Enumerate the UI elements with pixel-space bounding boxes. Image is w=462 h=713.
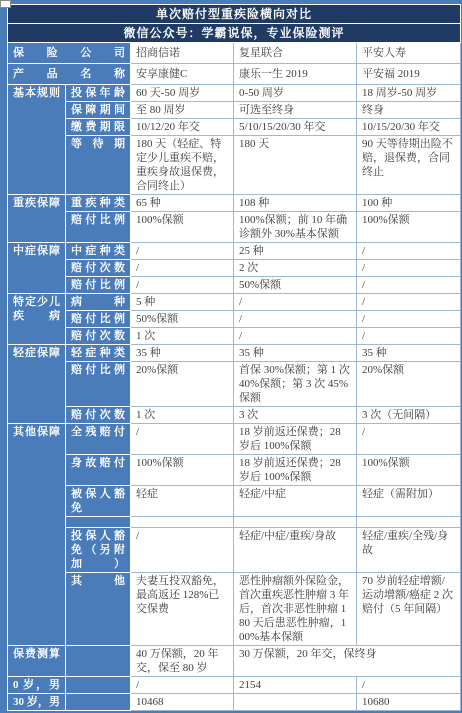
cell: / [357, 311, 461, 328]
row-label: 中症种类 [66, 243, 131, 260]
section-label-child-disease: 特定少儿疾病 [8, 294, 66, 345]
row-label: 身故赔付 [66, 455, 131, 486]
cell: 恶性肿瘤额外保险金，首次重疾恶性肿瘤 3 年后，首次非恶性肿瘤 180 天后患恶… [234, 573, 357, 646]
cell-premium: 10468 [131, 694, 234, 711]
section-label-mild-illness: 轻症保障 [8, 345, 66, 424]
row-label-age-0-male: 0 岁，男 [8, 677, 66, 694]
cell: 70 岁前轻症增额/运动增额/癌症 2 次赔付（5 年间隔） [357, 573, 461, 646]
row-label: 其他 [66, 573, 131, 646]
table-row: 保障期间 至 80 周岁 可选至终身 终身 [8, 102, 461, 119]
cell-company-zhaoshang: 招商信诺 [131, 43, 234, 64]
cell: / [357, 424, 461, 455]
row-label-age-30-male: 30 岁，男 [8, 694, 66, 711]
table-row: 赔付次数 / 2 次 / [8, 260, 461, 277]
table-row: 被保人豁免 轻症 轻症/中症 轻症（需附加） [8, 486, 461, 517]
row-label: 缴费期限 [66, 119, 131, 136]
row-label: 病种 [66, 294, 131, 311]
cell: / [234, 328, 357, 345]
cell-company-pingan: 平安人寿 [357, 43, 461, 64]
row-label: 轻症种类 [66, 345, 131, 362]
table-row: 赔付比例 100%保额 100%保额；前 10 年确诊额外 30%基本保额 10… [8, 212, 461, 243]
cell-premium: 2154 [234, 677, 357, 694]
row-label: 赔付次数 [66, 328, 131, 345]
cell: 50%保额 [234, 277, 357, 294]
cell-premium: / [131, 677, 234, 694]
page-title: 单次赔付型重疾险横向对比 [8, 5, 461, 24]
cell: 100 种 [357, 195, 461, 212]
corner-artifact [0, 0, 11, 8]
cell: 108 种 [234, 195, 357, 212]
table-row: 保费测算 40 万保额，20 年交，保至 80 岁 30 万保额，20 年交，保… [8, 646, 461, 677]
table-row: 保险公司 招商信诺 复星联合 平安人寿 [8, 43, 461, 64]
cell-premium: 10680 [357, 694, 461, 711]
row-label: 重疾种类 [66, 195, 131, 212]
cell: 10/15/20/30 年交 [357, 119, 461, 136]
cell-product-3: 平安福 2019 [357, 64, 461, 85]
section-label-moderate-illness: 中症保障 [8, 243, 66, 294]
cell-product-1: 安享康健C [131, 64, 234, 85]
cell: 35 种 [131, 345, 234, 362]
cell: 18 岁前返还保费；28 岁后 100%保额 [234, 455, 357, 486]
row-label: 投保人豁免（另附加） [66, 528, 131, 573]
cell: / [357, 277, 461, 294]
cell-premium [234, 694, 357, 711]
table-row: 其他 夫妻互投双豁免，最高返还 128%已交保费 恶性肿瘤额外保险金，首次重疾恶… [8, 573, 461, 646]
cell: / [357, 243, 461, 260]
cell: 90 天等待期出险不赔，退保费，合同终止 [357, 136, 461, 195]
cell: 100%保额 [131, 455, 234, 486]
cell: 5 种 [131, 294, 234, 311]
cell: 100%保额 [357, 212, 461, 243]
table-row: 赔付比例 20%保额 首保 30%保额；第 1 次 40%保额；第 3 次 45… [8, 362, 461, 407]
cell: / [131, 424, 234, 455]
row-label: 赔付比例 [66, 311, 131, 328]
cell: 轻症（需附加） [357, 486, 461, 517]
cell: 10/12/20 年交 [131, 119, 234, 136]
empty-label-cell [66, 517, 131, 528]
cell: 3 次（无间隔） [357, 407, 461, 424]
cell: 100%保额；前 10 年确诊额外 30%基本保额 [234, 212, 357, 243]
row-label: 被保人豁免 [66, 486, 131, 517]
cell: 夫妻互投双豁免，最高返还 128%已交保费 [131, 573, 234, 646]
table-row: 中症保障 中症种类 / 25 种 / [8, 243, 461, 260]
cell-company-fuxing: 复星联合 [234, 43, 357, 64]
cell: 35 种 [234, 345, 357, 362]
table-row: 轻症保障 轻症种类 35 种 35 种 35 种 [8, 345, 461, 362]
cell: 0-50 周岁 [234, 85, 357, 102]
cell: 20%保额 [357, 362, 461, 407]
cell: 轻症/中症/重疾/身故 [234, 528, 357, 573]
cell: / [131, 277, 234, 294]
table-row: 赔付次数 1 次 3 次 3 次（无间隔） [8, 407, 461, 424]
cell: / [234, 294, 357, 311]
row-label: 赔付比例 [66, 277, 131, 294]
table-row: 0 岁，男 / 2154 / [8, 677, 461, 694]
cell: 轻症/重疾/全残/身故 [357, 528, 461, 573]
cell: / [131, 260, 234, 277]
cell: 首保 30%保额；第 1 次 40%保额；第 3 次 45%保额 [234, 362, 357, 407]
table-row: 缴费期限 10/12/20 年交 5/10/15/20/30 年交 10/15/… [8, 119, 461, 136]
empty-cell [234, 517, 357, 528]
cell-premium: / [357, 677, 461, 694]
row-label: 赔付次数 [66, 407, 131, 424]
cell: 100%保额 [131, 212, 234, 243]
cell: 1 次 [131, 328, 234, 345]
table-row: 30 岁，男 10468 10680 [8, 694, 461, 711]
table-row: 等待期 180 天（轻症、特定少儿重疾不赔，重疾身故退保费，合同终止） 180 … [8, 136, 461, 195]
table-row: 产品名称 安享康健C 康乐一生 2019 平安福 2019 [8, 64, 461, 85]
row-label: 赔付比例 [66, 212, 131, 243]
comparison-table: 单次赔付型重疾险横向对比 微信公众号：学霸说保，专业保险测评 保险公司 招商信诺… [7, 4, 461, 711]
cell: / [131, 243, 234, 260]
cell: 轻症 [131, 486, 234, 517]
table-row: 投保人豁免（另附加） / 轻症/中症/重疾/身故 轻症/重疾/全残/身故 [8, 528, 461, 573]
cell: 180 天 [234, 136, 357, 195]
empty-label-cell [66, 694, 131, 711]
row-label: 等待期 [66, 136, 131, 195]
cell: 1 次 [131, 407, 234, 424]
cell: 轻症/中症 [234, 486, 357, 517]
cell: 18 岁前返还保费；28 岁后 100%保额 [234, 424, 357, 455]
table-row: 赔付比例 50%保额 / / [8, 311, 461, 328]
subtitle-row: 微信公众号：学霸说保，专业保险测评 [8, 24, 461, 43]
cell: 65 种 [131, 195, 234, 212]
cell: 终身 [357, 102, 461, 119]
row-label-premium-calc: 保费测算 [8, 646, 66, 677]
cell: 50%保额 [131, 311, 234, 328]
table-row: 其他保障 全残赔付 / 18 岁前返还保费；28 岁后 100%保额 / [8, 424, 461, 455]
cell: / [234, 311, 357, 328]
cell: 35 种 [357, 345, 461, 362]
empty-cell [357, 517, 461, 528]
title-row: 单次赔付型重疾险横向对比 [8, 5, 461, 24]
table-row: 基本规则 投保年龄 60 天-50 周岁 0-50 周岁 18 周岁-50 周岁 [8, 85, 461, 102]
cell: / [357, 328, 461, 345]
section-label-other-coverage: 其他保障 [8, 424, 66, 646]
cell: 60 天-50 周岁 [131, 85, 234, 102]
row-label: 赔付比例 [66, 362, 131, 407]
row-label-company: 保险公司 [8, 43, 131, 64]
empty-label-cell [66, 646, 131, 677]
cell: / [357, 294, 461, 311]
section-label-critical-illness: 重疾保障 [8, 195, 66, 243]
cell: 30 万保额，20 年交，保终身 [234, 646, 461, 677]
row-label-product: 产品名称 [8, 64, 131, 85]
table-row: 特定少儿疾病 病种 5 种 / / [8, 294, 461, 311]
row-label: 赔付次数 [66, 260, 131, 277]
cell: 可选至终身 [234, 102, 357, 119]
cell: / [357, 260, 461, 277]
table-row: 赔付次数 1 次 / / [8, 328, 461, 345]
spacer-row [8, 517, 461, 528]
cell: 5/10/15/20/30 年交 [234, 119, 357, 136]
cell: 2 次 [234, 260, 357, 277]
table-row: 身故赔付 100%保额 18 岁前返还保费；28 岁后 100%保额 100%保… [8, 455, 461, 486]
cell: 20%保额 [131, 362, 234, 407]
row-label: 全残赔付 [66, 424, 131, 455]
wechat-subtitle: 微信公众号：学霸说保，专业保险测评 [8, 24, 461, 43]
empty-label-cell [66, 677, 131, 694]
table-row: 重疾保障 重疾种类 65 种 108 种 100 种 [8, 195, 461, 212]
cell: 3 次 [234, 407, 357, 424]
cell: / [131, 528, 234, 573]
table-row: 赔付比例 / 50%保额 / [8, 277, 461, 294]
cell-product-2: 康乐一生 2019 [234, 64, 357, 85]
cell: 40 万保额，20 年交，保至 80 岁 [131, 646, 234, 677]
cell: 至 80 周岁 [131, 102, 234, 119]
cell: 25 种 [234, 243, 357, 260]
row-label: 保障期间 [66, 102, 131, 119]
row-label: 投保年龄 [66, 85, 131, 102]
cell: 18 周岁-50 周岁 [357, 85, 461, 102]
cell: 100%保额 [357, 455, 461, 486]
empty-cell [131, 517, 234, 528]
cell: 180 天（轻症、特定少儿重疾不赔，重疾身故退保费，合同终止） [131, 136, 234, 195]
section-label-basic-rules: 基本规则 [8, 85, 66, 195]
comparison-table-container: 单次赔付型重疾险横向对比 微信公众号：学霸说保，专业保险测评 保险公司 招商信诺… [0, 0, 462, 713]
